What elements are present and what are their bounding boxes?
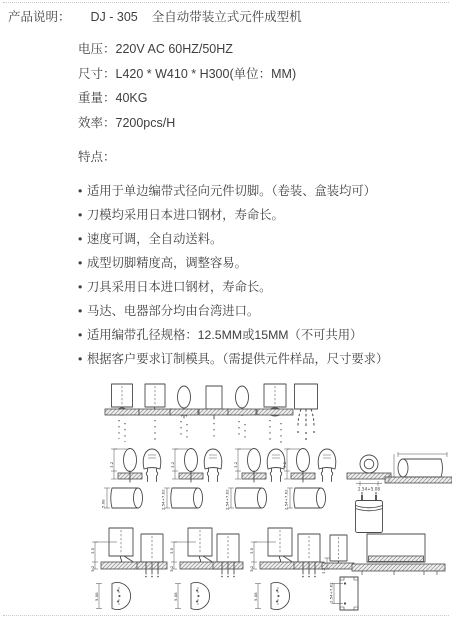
dim-label-2-54-7-62: 2.54+7.62 [284, 489, 289, 510]
axial-cylinder-on-tape [385, 452, 452, 483]
feature-item: 根据客户要求订制模具。（需提供元件样品，尺寸要求） [78, 347, 388, 371]
feature-item: 刀具采用日本进口钢材，寿命长。 [78, 275, 388, 299]
features-heading: 特点： [78, 147, 116, 165]
vertical-box-on-tape: 3.2 [321, 535, 354, 574]
diagram-row-transistors: 3.2 2.54+7.62 [90, 528, 445, 610]
boxed-component-figure [139, 384, 172, 444]
product-name: 全自动带装立式元件成型机 [152, 10, 302, 24]
diagram-row-taped-components [105, 384, 318, 444]
boxed-component-figure [257, 384, 293, 444]
dim-label-2-54-7-62: 2.54+7.62 [329, 582, 334, 603]
diagram-row-radial-dimensions: 5.08 2.54+7.62 2.54+7.62 2.54+7.62 2.54+… [101, 449, 452, 533]
boxed-component-figure [105, 384, 139, 442]
box-side-view-with-pins: 2.54+7.62 [329, 577, 359, 610]
dim-label-2-54-5-08: 2.54+5.08 [358, 487, 380, 492]
dim-label-2-54-7-62: 2.54+7.62 [225, 489, 230, 510]
feature-item: 刀模均采用日本进口钢材，寿命长。 [78, 203, 388, 227]
dim-label-5-08: 5.08 [101, 499, 106, 508]
feature-item: 马达、电器部分均由台湾进口。 [78, 299, 388, 323]
forming-diagram-svg: 3.2 3.5 3.2 [0, 377, 452, 617]
electrolytic-capacitor-top-and-side: 2.54+5.08 [347, 455, 391, 533]
dim-label-2-54-7-62: 2.54+7.62 [161, 489, 166, 510]
feature-item: 适用于单边编带式径向元件切脚。（卷装、盒装均可） [78, 179, 388, 203]
spec-efficiency: 效率：7200pcs/H [78, 111, 296, 136]
product-model: DJ - 305 [91, 10, 138, 24]
spec-list: 电压：220V AC 60HZ/50HZ 尺寸：L420 * W410 * H3… [78, 37, 296, 135]
oval-component-figure [228, 386, 256, 441]
bottom-dotted-border [3, 615, 449, 616]
feature-item: 速度可调，全自动送料。 [78, 227, 388, 251]
spec-weight: 重量：40KG [78, 86, 296, 111]
feature-item: 成型切脚精度高，调整容易。 [78, 251, 388, 275]
component-forming-diagram: 3.2 3.5 3.2 [0, 377, 452, 617]
oval-component-figure [170, 386, 198, 441]
rect-component-figure [199, 386, 229, 441]
document-header: 产品说明：DJ - 305全自动带装立式元件成型机 [8, 7, 302, 25]
spec-voltage: 电压：220V AC 60HZ/50HZ [78, 37, 296, 62]
feature-item: 适用编带孔径规格：12.5MM或15MM（不可共用） [78, 323, 388, 347]
square-component-splayed-leads-figure [295, 384, 318, 440]
relay-box-on-tape [352, 534, 445, 575]
product-description-label: 产品说明： [8, 10, 71, 24]
spec-size: 尺寸：L420 * W410 * H300(单位：MM) [78, 62, 296, 87]
dim-label-3-2: 3.2 [321, 567, 326, 574]
feature-list: 适用于单边编带式径向元件切脚。（卷装、盒装均可） 刀模均采用日本进口钢材，寿命长… [78, 179, 388, 371]
top-dotted-border [3, 2, 449, 3]
